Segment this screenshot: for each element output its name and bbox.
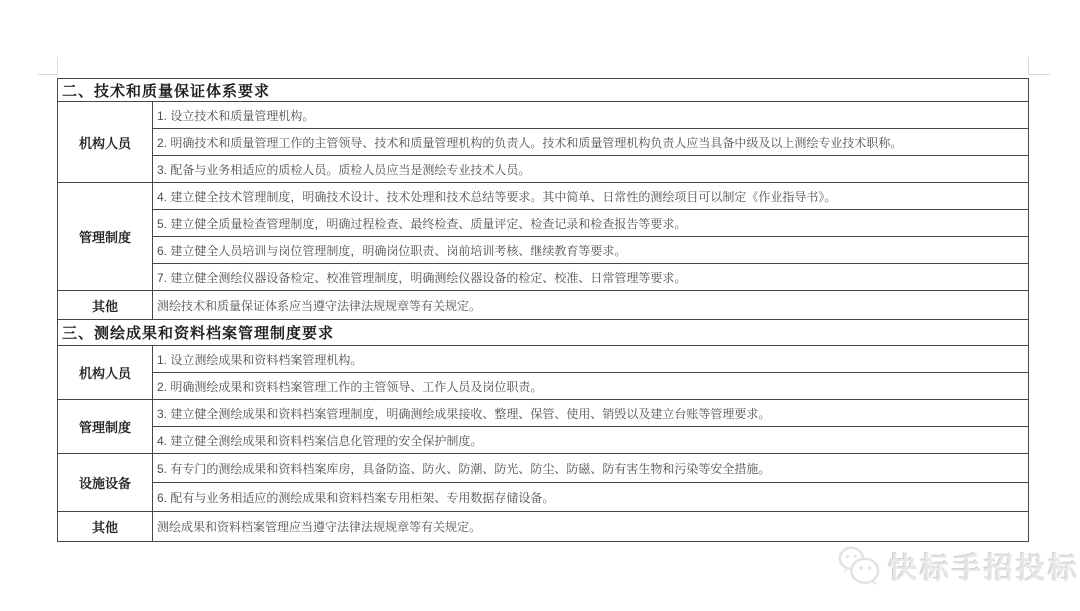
requirement-cell: 5. 有专门的测绘成果和资料档案库房，具备防盗、防火、防潮、防光、防尘、防磁、防… (153, 454, 1029, 483)
gridline-stub (1028, 57, 1029, 75)
requirement-cell: 5. 建立健全质量检查管理制度，明确过程检查、最终检查、质量评定、检查记录和检查… (153, 210, 1029, 237)
requirements-table: 二、技术和质量保证体系要求 机构人员 1. 设立技术和质量管理机构。 2. 明确… (57, 78, 1029, 542)
category-cell-other: 其他 (58, 291, 153, 320)
category-cell-management: 管理制度 (58, 183, 153, 291)
gridline-stub (38, 74, 58, 75)
requirement-cell: 4. 建立健全技术管理制度，明确技术设计、技术处理和技术总结等要求。其中简单、日… (153, 183, 1029, 210)
category-cell-personnel: 机构人员 (58, 102, 153, 183)
requirement-cell: 1. 设立技术和质量管理机构。 (153, 102, 1029, 129)
section-3-header: 三、测绘成果和资料档案管理制度要求 (58, 320, 1029, 346)
requirement-cell: 3. 配备与业务相适应的质检人员。质检人员应当是测绘专业技术人员。 (153, 156, 1029, 183)
gridline-stub (1028, 74, 1050, 75)
watermark-text: 快标手招投标 (888, 546, 1080, 587)
requirement-cell: 测绘技术和质量保证体系应当遵守法律法规规章等有关规定。 (153, 291, 1029, 320)
document-page: 二、技术和质量保证体系要求 机构人员 1. 设立技术和质量管理机构。 2. 明确… (0, 0, 1080, 611)
requirement-cell: 3. 建立健全测绘成果和资料档案管理制度，明确测绘成果接收、整理、保管、使用、销… (153, 400, 1029, 427)
category-cell-facilities: 设施设备 (58, 454, 153, 512)
section-2-header: 二、技术和质量保证体系要求 (58, 79, 1029, 102)
requirement-cell: 6. 配有与业务相适应的测绘成果和资料档案专用柜架、专用数据存储设备。 (153, 483, 1029, 512)
requirement-cell: 2. 明确技术和质量管理工作的主管领导、技术和质量管理机构的负责人。技术和质量管… (153, 129, 1029, 156)
category-cell-personnel: 机构人员 (58, 346, 153, 400)
category-cell-management: 管理制度 (58, 400, 153, 454)
gridline-stub (57, 57, 58, 75)
category-cell-other: 其他 (58, 512, 153, 542)
requirement-cell: 4. 建立健全测绘成果和资料档案信息化管理的安全保护制度。 (153, 427, 1029, 454)
requirement-cell: 2. 明确测绘成果和资料档案管理工作的主管领导、工作人员及岗位职责。 (153, 373, 1029, 400)
watermark: 快标手招投标 (836, 544, 1080, 588)
requirement-cell: 1. 设立测绘成果和资料档案管理机构。 (153, 346, 1029, 373)
requirement-cell: 7. 建立健全测绘仪器设备检定、校准管理制度，明确测绘仪器设备的检定、校准、日常… (153, 264, 1029, 291)
chat-bubbles-logo-icon (836, 544, 882, 588)
requirement-cell: 6. 建立健全人员培训与岗位管理制度，明确岗位职责、岗前培训考核、继续教育等要求… (153, 237, 1029, 264)
requirement-cell: 测绘成果和资料档案管理应当遵守法律法规规章等有关规定。 (153, 512, 1029, 542)
